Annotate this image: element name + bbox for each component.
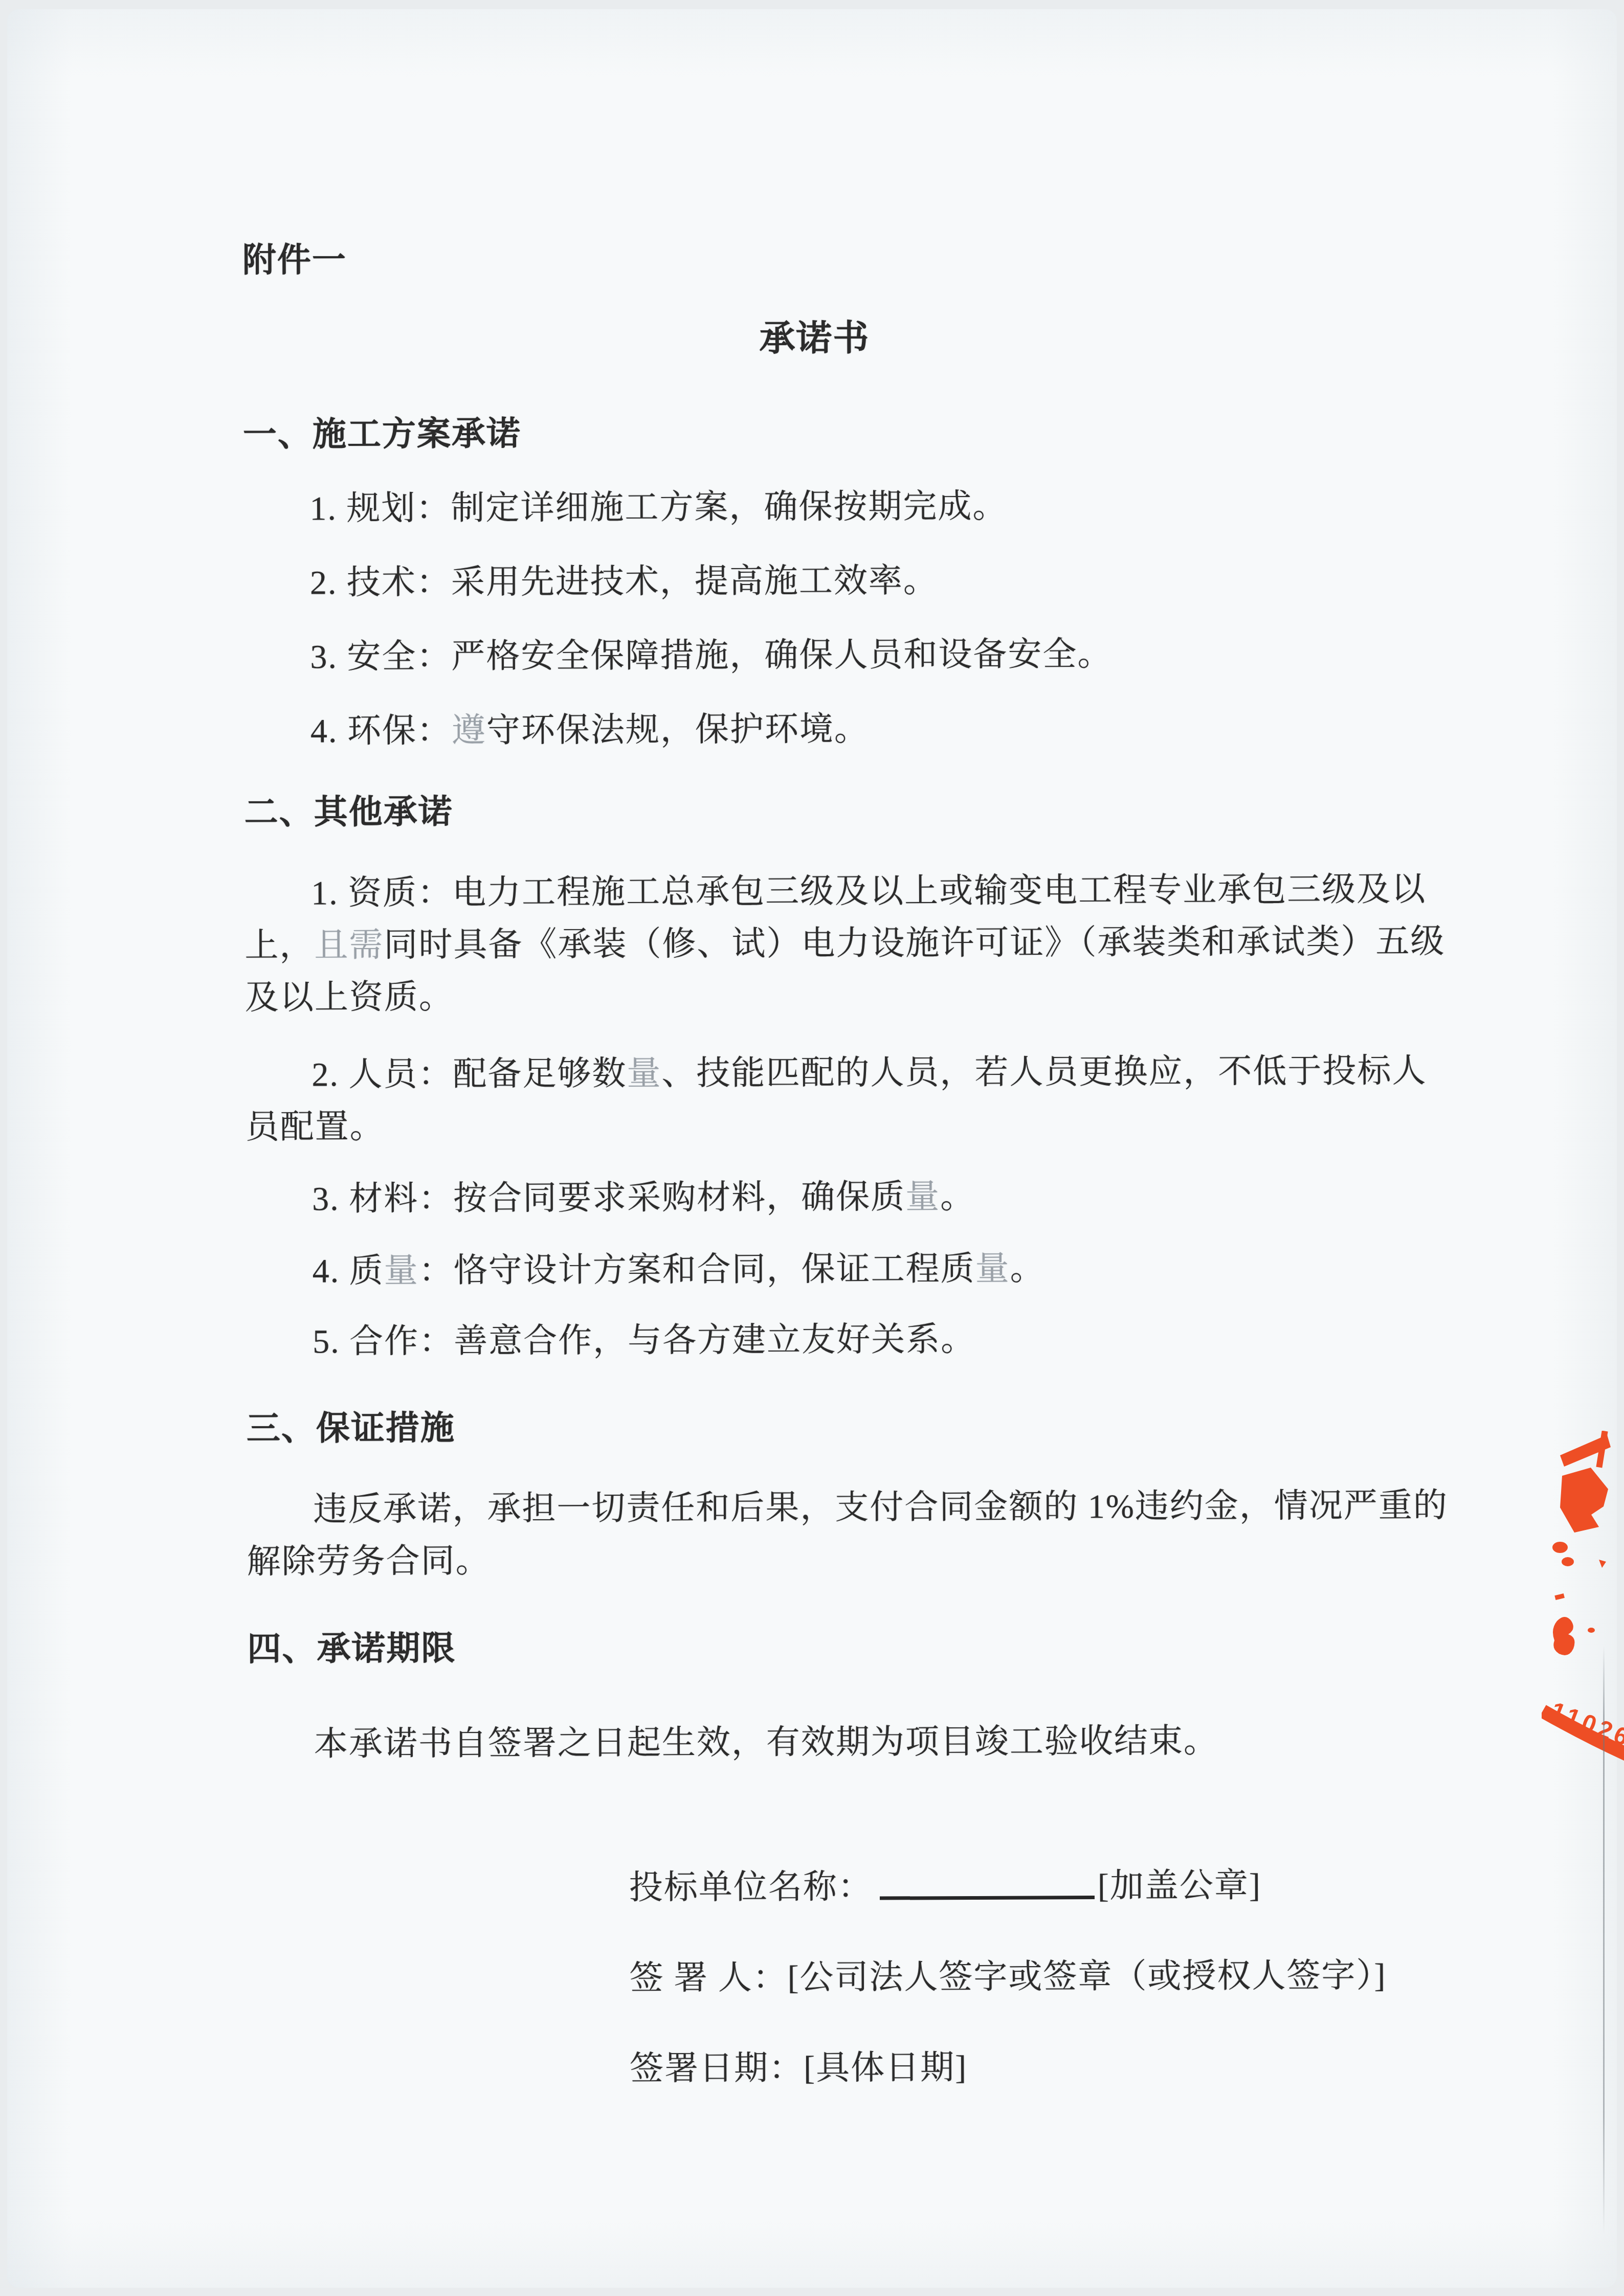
document-content: 附件一 承诺书 一、施工方案承诺1. 规划：制定详细施工方案，确保按期完成。2.… — [242, 231, 1393, 2097]
text-line: 一、施工方案承诺 — [243, 405, 1387, 461]
paragraph: 3. 安全：严格安全保障措施，确保人员和设备安全。 — [243, 627, 1387, 684]
text-line: 四、承诺期限 — [247, 1619, 1391, 1676]
signature-block: 投标单位名称：[加盖公章] 签 署 人：[公司法人签字或签章（或授权人签字）] … — [629, 1859, 1393, 2095]
section-heading: 一、施工方案承诺 — [243, 405, 1387, 461]
section-heading: 三、保证措施 — [247, 1399, 1390, 1455]
text-line: 1. 资质：电力工程施工总承包三级及以上或输变电工程专业承包三级及以 — [244, 864, 1388, 920]
sign-date-line: 签署日期：[具体日期] — [630, 2040, 1392, 2095]
text-line: 5. 合作：善意合作，与各方建立友好关系。 — [246, 1312, 1390, 1368]
paragraph: 5. 合作：善意合作，与各方建立友好关系。 — [246, 1312, 1390, 1368]
paragraph: 4. 环保：遵守环保法规，保护环境。 — [244, 702, 1388, 758]
section-heading: 二、其他承诺 — [244, 783, 1388, 839]
text-line: 1. 规划：制定详细施工方案，确保按期完成。 — [243, 479, 1387, 535]
paragraph: 2. 技术：采用先进技术，提高施工效率。 — [243, 553, 1387, 610]
text-line: 解除劳务合同。 — [247, 1532, 1391, 1588]
paragraph: 2. 人员：配备足够数量、技能匹配的人员，若人员更换应，不低于投标人员配置。 — [245, 1045, 1389, 1154]
paragraph: 本承诺书自签署之日起生效，有效期为项目竣工验收结束。 — [248, 1715, 1391, 1771]
document-flow: 一、施工方案承诺1. 规划：制定详细施工方案，确保按期完成。2. 技术：采用先进… — [243, 405, 1391, 1771]
signature-blank-line — [880, 1866, 1095, 1900]
text-line: 员配置。 — [246, 1097, 1389, 1154]
page-edge-shadow-line — [1603, 1646, 1605, 2234]
bidder-unit-label: 投标单位名称： — [629, 1869, 873, 1907]
text-line: 3. 材料：按合同要求采购材料，确保质量。 — [246, 1169, 1389, 1226]
stamp-serial-digits: 11026 — [1547, 1697, 1624, 1753]
paragraph: 3. 材料：按合同要求采购材料，确保质量。 — [246, 1169, 1389, 1226]
document-page: 附件一 承诺书 一、施工方案承诺1. 规划：制定详细施工方案，确保按期完成。2.… — [7, 9, 1617, 2288]
text-line: 本承诺书自签署之日起生效，有效期为项目竣工验收结束。 — [248, 1715, 1391, 1771]
text-line: 违反承诺，承担一切责任和后果，支付合同金额的 1%违约金，情况严重的 — [247, 1480, 1390, 1536]
text-line: 上，且需同时具备《承装（修、试）电力设施许可证》（承装类和承试类）五级 — [244, 916, 1388, 972]
paragraph: 违反承诺，承担一切责任和后果，支付合同金额的 1%违约金，情况严重的解除劳务合同… — [247, 1480, 1391, 1588]
text-line: 2. 人员：配备足够数量、技能匹配的人员，若人员更换应，不低于投标人 — [245, 1045, 1389, 1101]
text-line: 3. 安全：严格安全保障措施，确保人员和设备安全。 — [243, 627, 1387, 684]
text-line: 二、其他承诺 — [244, 783, 1388, 839]
section-heading: 四、承诺期限 — [247, 1619, 1391, 1676]
text-line: 及以上资质。 — [245, 968, 1389, 1024]
text-line: 4. 质量：恪守设计方案和合同，保证工程质量。 — [246, 1242, 1390, 1298]
text-line: 4. 环保：遵守环保法规，保护环境。 — [244, 702, 1388, 758]
paragraph: 4. 质量：恪守设计方案和合同，保证工程质量。 — [246, 1242, 1390, 1298]
attachment-label: 附件一 — [242, 231, 1386, 287]
text-line: 三、保证措施 — [247, 1399, 1390, 1455]
bidder-unit-line: 投标单位名称：[加盖公章] — [629, 1859, 1392, 1914]
scanned-document-screenshot: { "page": { "attachment_label": "附件一", "… — [0, 0, 1624, 2296]
signer-line: 签 署 人：[公司法人签字或签章（或授权人签字）] — [629, 1950, 1392, 2005]
paragraph: 1. 资质：电力工程施工总承包三级及以上或输变电工程专业承包三级及以上，且需同时… — [244, 864, 1389, 1024]
company-seal-note: [加盖公章] — [1098, 1867, 1261, 1905]
text-line: 2. 技术：采用先进技术，提高施工效率。 — [243, 553, 1387, 610]
document-title: 承诺书 — [242, 311, 1386, 367]
paragraph: 1. 规划：制定详细施工方案，确保按期完成。 — [243, 479, 1387, 535]
red-seal-stamp-partial: 11026 — [1542, 1431, 1624, 1779]
